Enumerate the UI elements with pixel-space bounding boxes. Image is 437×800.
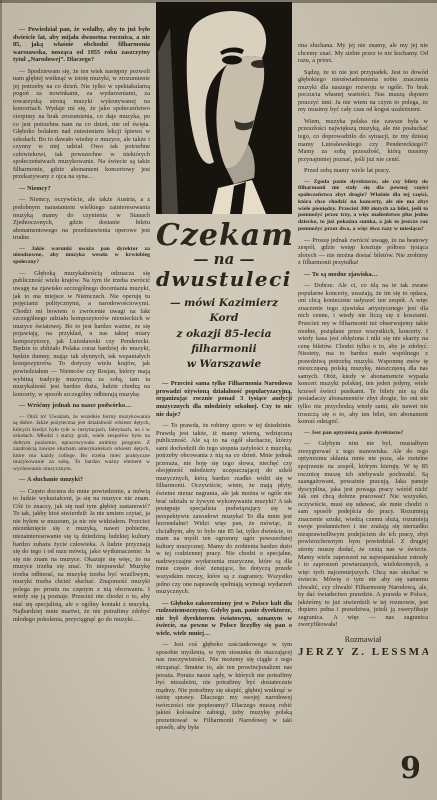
paragraph: Wiem, muzyka polska nie zawsze była w pr… [298, 118, 428, 163]
paragraph: — Głęboko zakorzeniony jest w Polsce kul… [156, 600, 292, 638]
paragraph: — A słuchanie muzyki? [13, 476, 150, 484]
interviewer-name: JERZY Z. LESSMANN [298, 646, 428, 658]
column-left: — Powiedział pan, że wolałby, aby to już… [13, 26, 150, 790]
column-center-text: — Przecież sama tylko Filharmonia Narodo… [156, 380, 292, 732]
portrait-photo [156, 2, 292, 214]
paragraph: Przed sobą mamy wiele lat pracy. [298, 167, 428, 175]
paragraph: — Głęboką muzykalnością odznacza się pub… [13, 270, 150, 398]
column-right-text: ona słuchana. My jej nie znamy, ale my j… [298, 42, 428, 629]
byline-line1: — mówi Kazimierz Kord [156, 296, 292, 326]
paragraph: — Często dociera do mnie powiedzenie, a … [13, 488, 150, 624]
paragraph: — Otóż to! Uważam, że wszelkie formy muz… [13, 414, 150, 472]
headline-byline: — mówi Kazimierz Kord z okazji 85-lecia … [156, 296, 292, 372]
paragraph: — Jest pan optymistą panie dyrektorze? [298, 430, 428, 437]
newspaper-page: — Powiedział pan, że wolałby, aby to już… [0, 0, 437, 800]
byline-line4: w Warszawie [156, 357, 292, 372]
paragraph: — Dobrze. Ale ci, co idą na te tak zwane… [298, 282, 428, 425]
paragraph: — To prawda, że robimy sporo w tej dzied… [156, 422, 292, 596]
paragraph: — Przecież sama tylko Filharmonia Narodo… [156, 380, 292, 418]
paragraph: — To są modne zjawiska… [298, 271, 428, 279]
portrait-photo-svg [156, 2, 292, 214]
paragraph: — Zgoda panie dyrektorze, ale czy bilety… [298, 179, 428, 233]
page-number: 9 [400, 754, 421, 784]
paragraph: Sądzę, że to nie jest przypadek. Jest to… [298, 69, 428, 114]
paragraph: — Proszę jednak zwrócić uwagę, że na bea… [298, 237, 428, 267]
paragraph: — Spodziewam się, że ten wiek następny p… [13, 68, 150, 181]
paragraph: — Wróćmy jednak na nasze podwórko… [13, 402, 150, 410]
paragraph: ona słuchana. My jej nie znamy, ale my j… [298, 42, 428, 65]
paragraph: — Niemcy, oczywiście, ale także Austria,… [13, 196, 150, 241]
interview-footer: Rozmawiał JERZY Z. LESSMANN [298, 635, 428, 658]
scan-edge-left [0, 0, 2, 800]
headline-line2: — na — [156, 251, 292, 268]
paragraph: — Gdybym nim nie był, musiałbym zrezygno… [298, 440, 428, 629]
headline-line1: Czekam [156, 221, 292, 251]
interviewer-signoff: Rozmawiał [298, 635, 428, 644]
headline-line3: dwustulecie [156, 268, 292, 290]
paragraph: — Jakie warunki uważa pan dyrektor za ni… [13, 246, 150, 266]
paragraph: — Niemcy? [13, 185, 150, 193]
paragraph: — Jest coś głęboko zaściankowego w tym s… [156, 641, 292, 732]
column-center: Czekam — na — dwustulecie — mówi Kazimie… [156, 2, 292, 798]
column-right: ona słuchana. My jej nie znamy, ale my j… [298, 42, 428, 754]
headline: Czekam — na — dwustulecie — mówi Kazimie… [156, 221, 292, 372]
byline-line2: z okazji 85-lecia [156, 327, 292, 342]
paragraph: — Powiedział pan, że wolałby, aby to już… [13, 26, 150, 64]
byline-line3: filharmonii [156, 342, 292, 357]
